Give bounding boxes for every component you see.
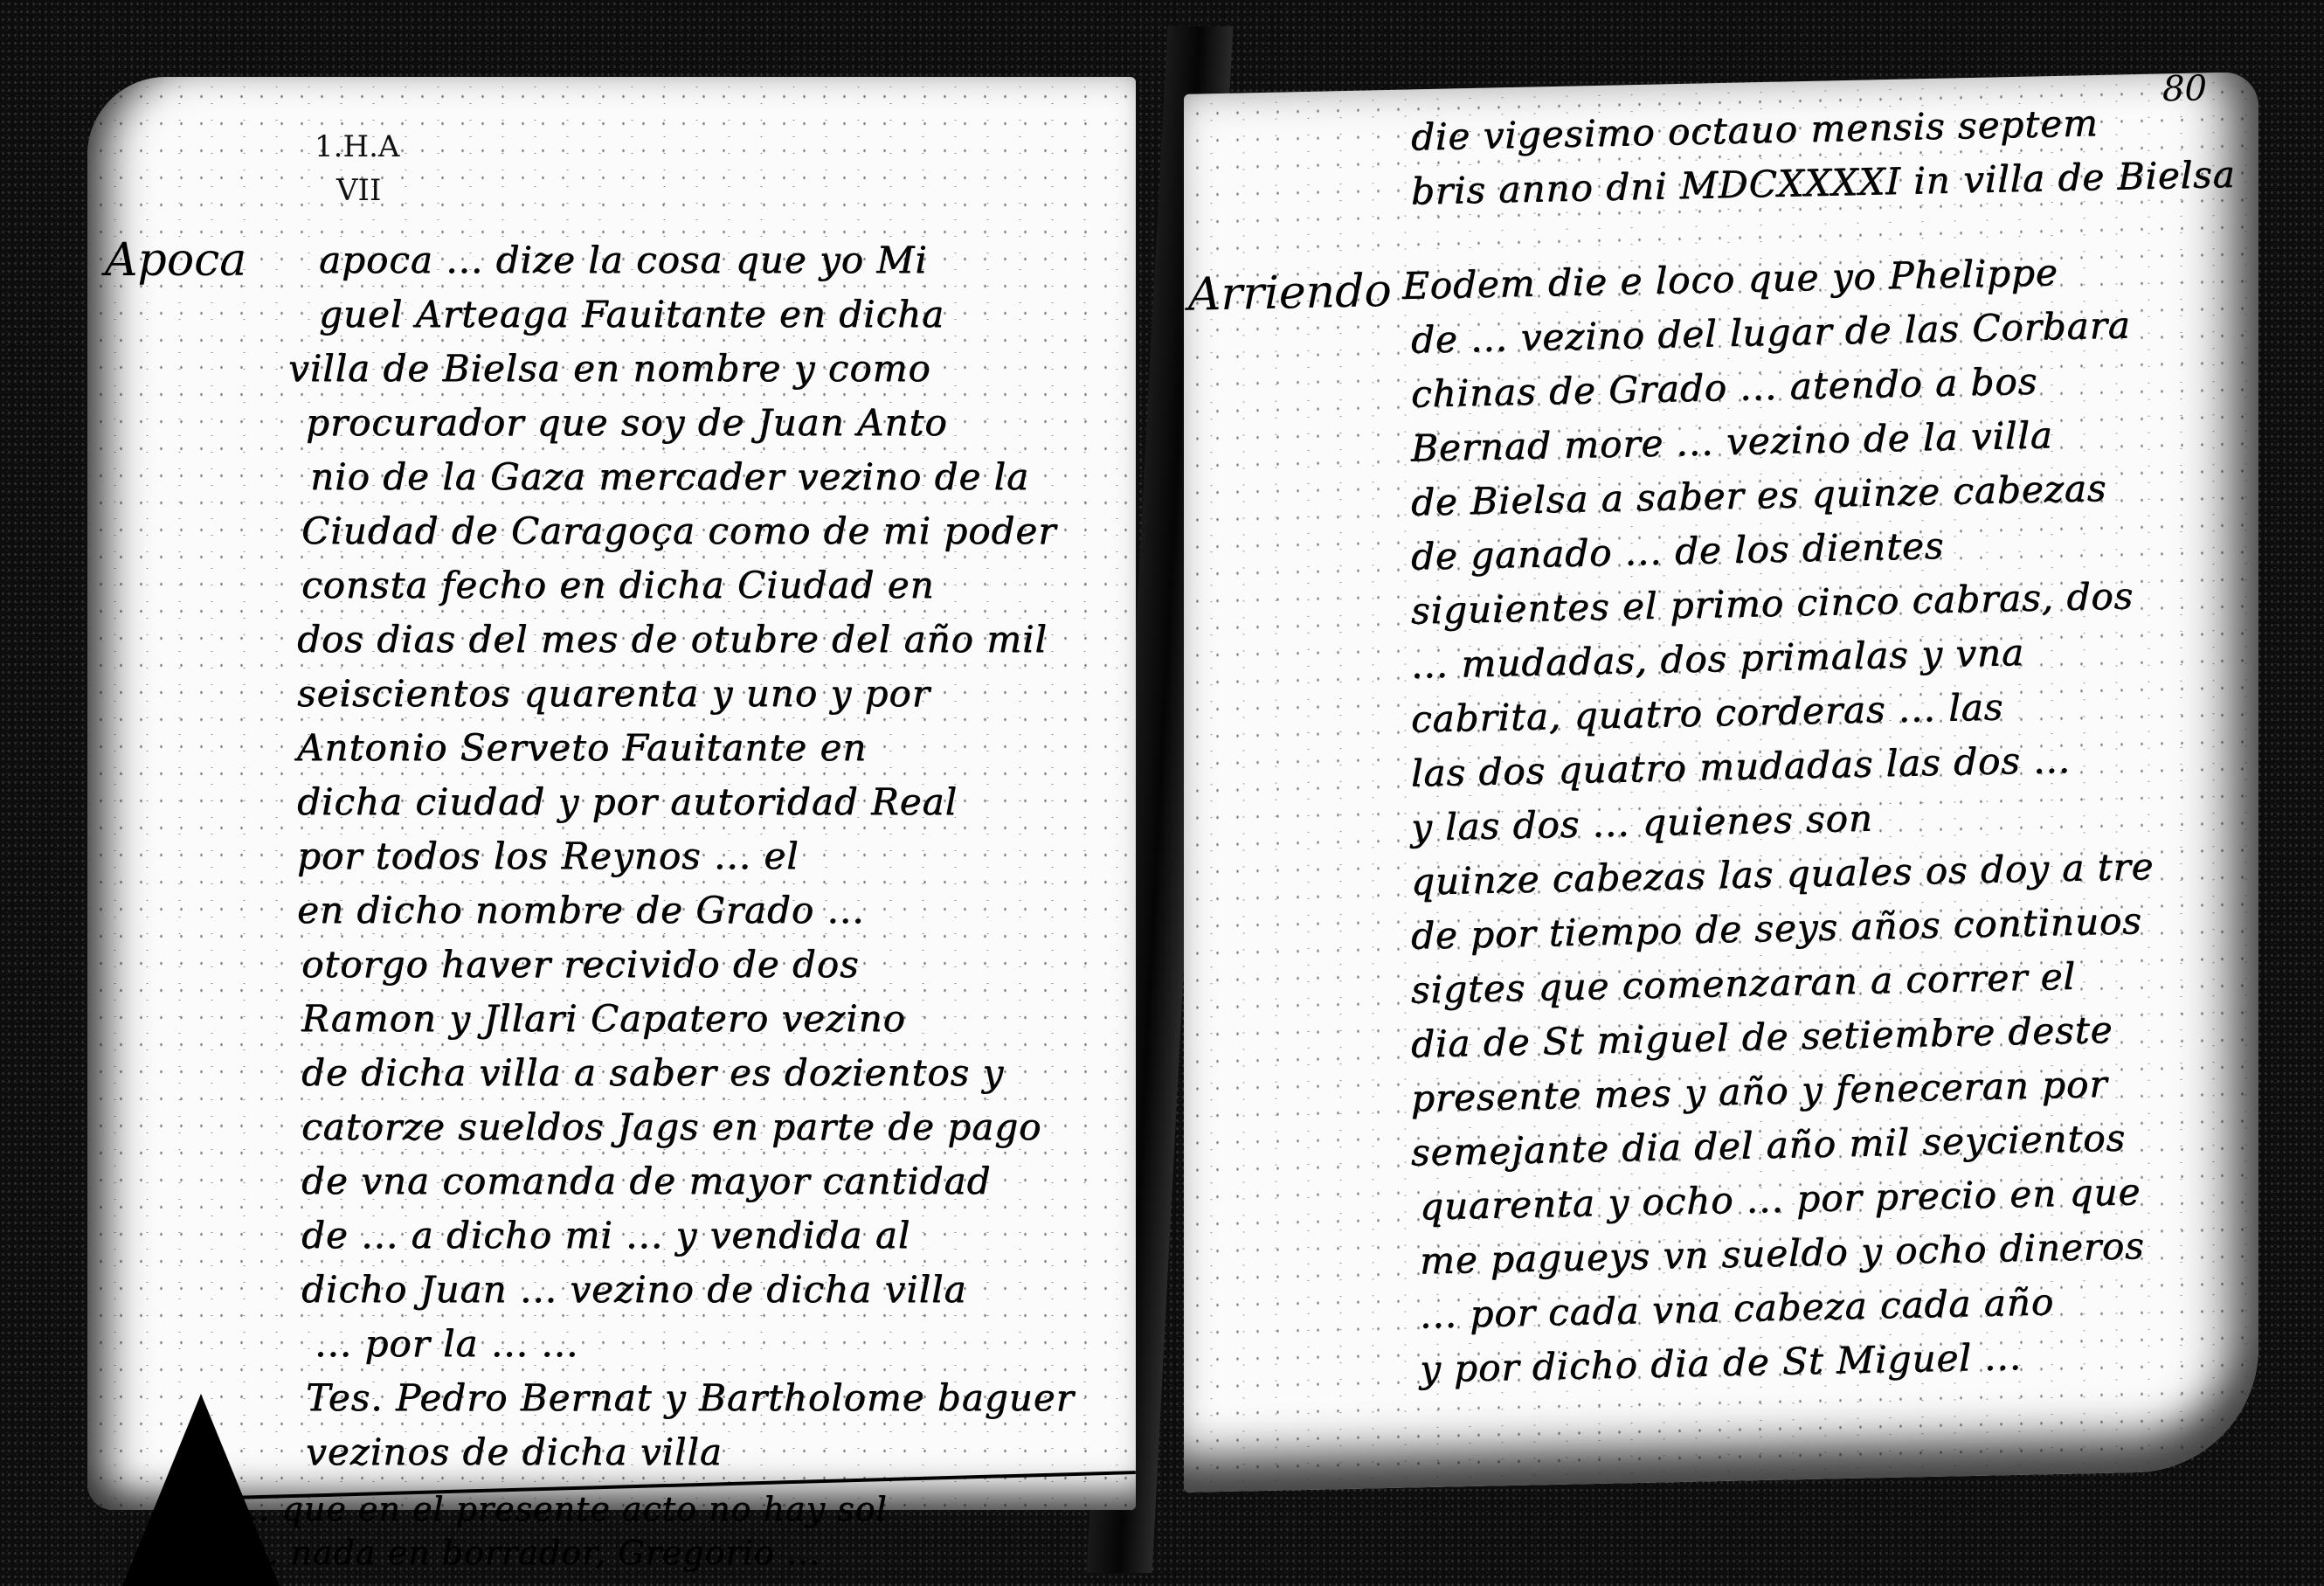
text-line: Eodem die e loco que yo Phelippe: [1402, 251, 2058, 308]
text-line: presente mes y año y feneceran por: [1411, 1063, 2107, 1120]
text-line: en dicho nombre de Grado ...: [297, 889, 864, 932]
footer-note-line: ... que en el presente acto no hay sol: [236, 1490, 888, 1528]
text-line: por todos los Reynos ... el: [297, 835, 799, 877]
text-line: semejante dia del año mil seycientos: [1411, 1116, 2126, 1174]
text-line: ... mudadas, dos primalas y vna: [1411, 631, 2024, 687]
text-line: de por tiempo de seys años continuos: [1411, 899, 2142, 958]
text-line: Ciudad de Caragoça como de mi poder: [301, 509, 1056, 552]
text-line: villa de Bielsa en nombre y como: [288, 347, 931, 390]
footer-note-line: ... nada en borrador, Gregorio ...: [245, 1534, 820, 1572]
text-line: me pagueys vn sueldo y ocho dineros: [1420, 1224, 2145, 1282]
text-line: Tes. Pedro Bernat y Bartholome baguer: [306, 1376, 1075, 1419]
text-line: quarenta y ocho ... por precio en que: [1420, 1170, 2141, 1228]
top-mark: 1.H.A: [315, 129, 399, 164]
text-line: guel Arteaga Fauitante en dicha: [319, 293, 944, 336]
text-line: chinas de Grado ... atendo a bos: [1411, 359, 2037, 415]
text-line: procurador que soy de Juan Anto: [306, 401, 948, 444]
text-line: de ... vezino del lugar de las Corbara: [1411, 303, 2131, 361]
text-line: vezinos de dicha villa: [306, 1430, 723, 1473]
text-line: dia de St miguel de setiembre deste: [1411, 1008, 2113, 1066]
text-line: ... por la ... ...: [315, 1322, 578, 1365]
text-line: dicho Juan ... vezino de dicha villa: [301, 1268, 967, 1311]
bookmark-ribbon: [122, 1394, 280, 1586]
text-line: otorgo haver recivido de dos: [301, 943, 860, 986]
left-manuscript-page: 1.H.A VII Apoca apoca ... dize la cosa q…: [87, 77, 1136, 1510]
margin-note: Arriendo: [1188, 265, 1392, 322]
folio-number: 80: [2162, 72, 2207, 109]
top-mark: VII: [336, 173, 381, 208]
text-line: de ganado ... de los dientes: [1411, 524, 1944, 578]
text-line: siguientes el primo cinco cabras, dos: [1411, 574, 2134, 632]
text-line: y las dos ... quienes son: [1411, 796, 1873, 848]
text-line: consta fecho en dicha Ciudad en: [301, 564, 935, 606]
text-line: apoca ... dize la cosa que yo Mi: [319, 239, 928, 281]
text-line: de Bielsa a saber es quinze cabezas: [1411, 467, 2106, 524]
margin-note: Apoca: [105, 234, 246, 287]
text-line: las dos quatro mudadas las dos ...: [1411, 738, 2071, 795]
text-line: Bernad more ... vezino de la villa: [1411, 413, 2053, 469]
text-line: y por dicho dia de St Miguel ...: [1420, 1335, 2022, 1390]
text-line: de vna comanda de mayor cantidad: [301, 1160, 991, 1202]
text-line: de dicha villa a saber es dozientos y: [301, 1051, 1004, 1094]
text-line: Ramon y Jllari Capatero vezino: [301, 997, 906, 1040]
text-line: Antonio Serveto Fauitante en: [297, 726, 867, 769]
text-line: seiscientos quarenta y uno y por: [297, 672, 930, 715]
text-line: dicha ciudad y por autoridad Real: [297, 780, 958, 823]
text-line: sigtes que comenzaran a correr el: [1411, 954, 2076, 1011]
text-line: bris anno dni MDCXXXXI in villa de Biels…: [1411, 153, 2236, 213]
text-line: dos dias del mes de otubre del año mil: [297, 618, 1048, 661]
text-line: catorze sueldos Jags en parte de pago: [301, 1105, 1041, 1148]
text-line: nio de la Gaza mercader vezino de la: [310, 455, 1029, 498]
text-line: quinze cabezas las quales os doy a tre: [1411, 845, 2154, 904]
text-line: ... por cada vna cabeza cada año: [1420, 1280, 2054, 1336]
text-line: die vigesimo octauo mensis septem: [1411, 101, 2099, 158]
right-manuscript-page: 80 Arriendo die vigesimo octauo mensis s…: [1184, 72, 2258, 1493]
text-line: cabrita, quatro corderas ... las: [1411, 685, 2003, 740]
text-line: de ... a dicho mi ... y vendida al: [301, 1214, 910, 1257]
